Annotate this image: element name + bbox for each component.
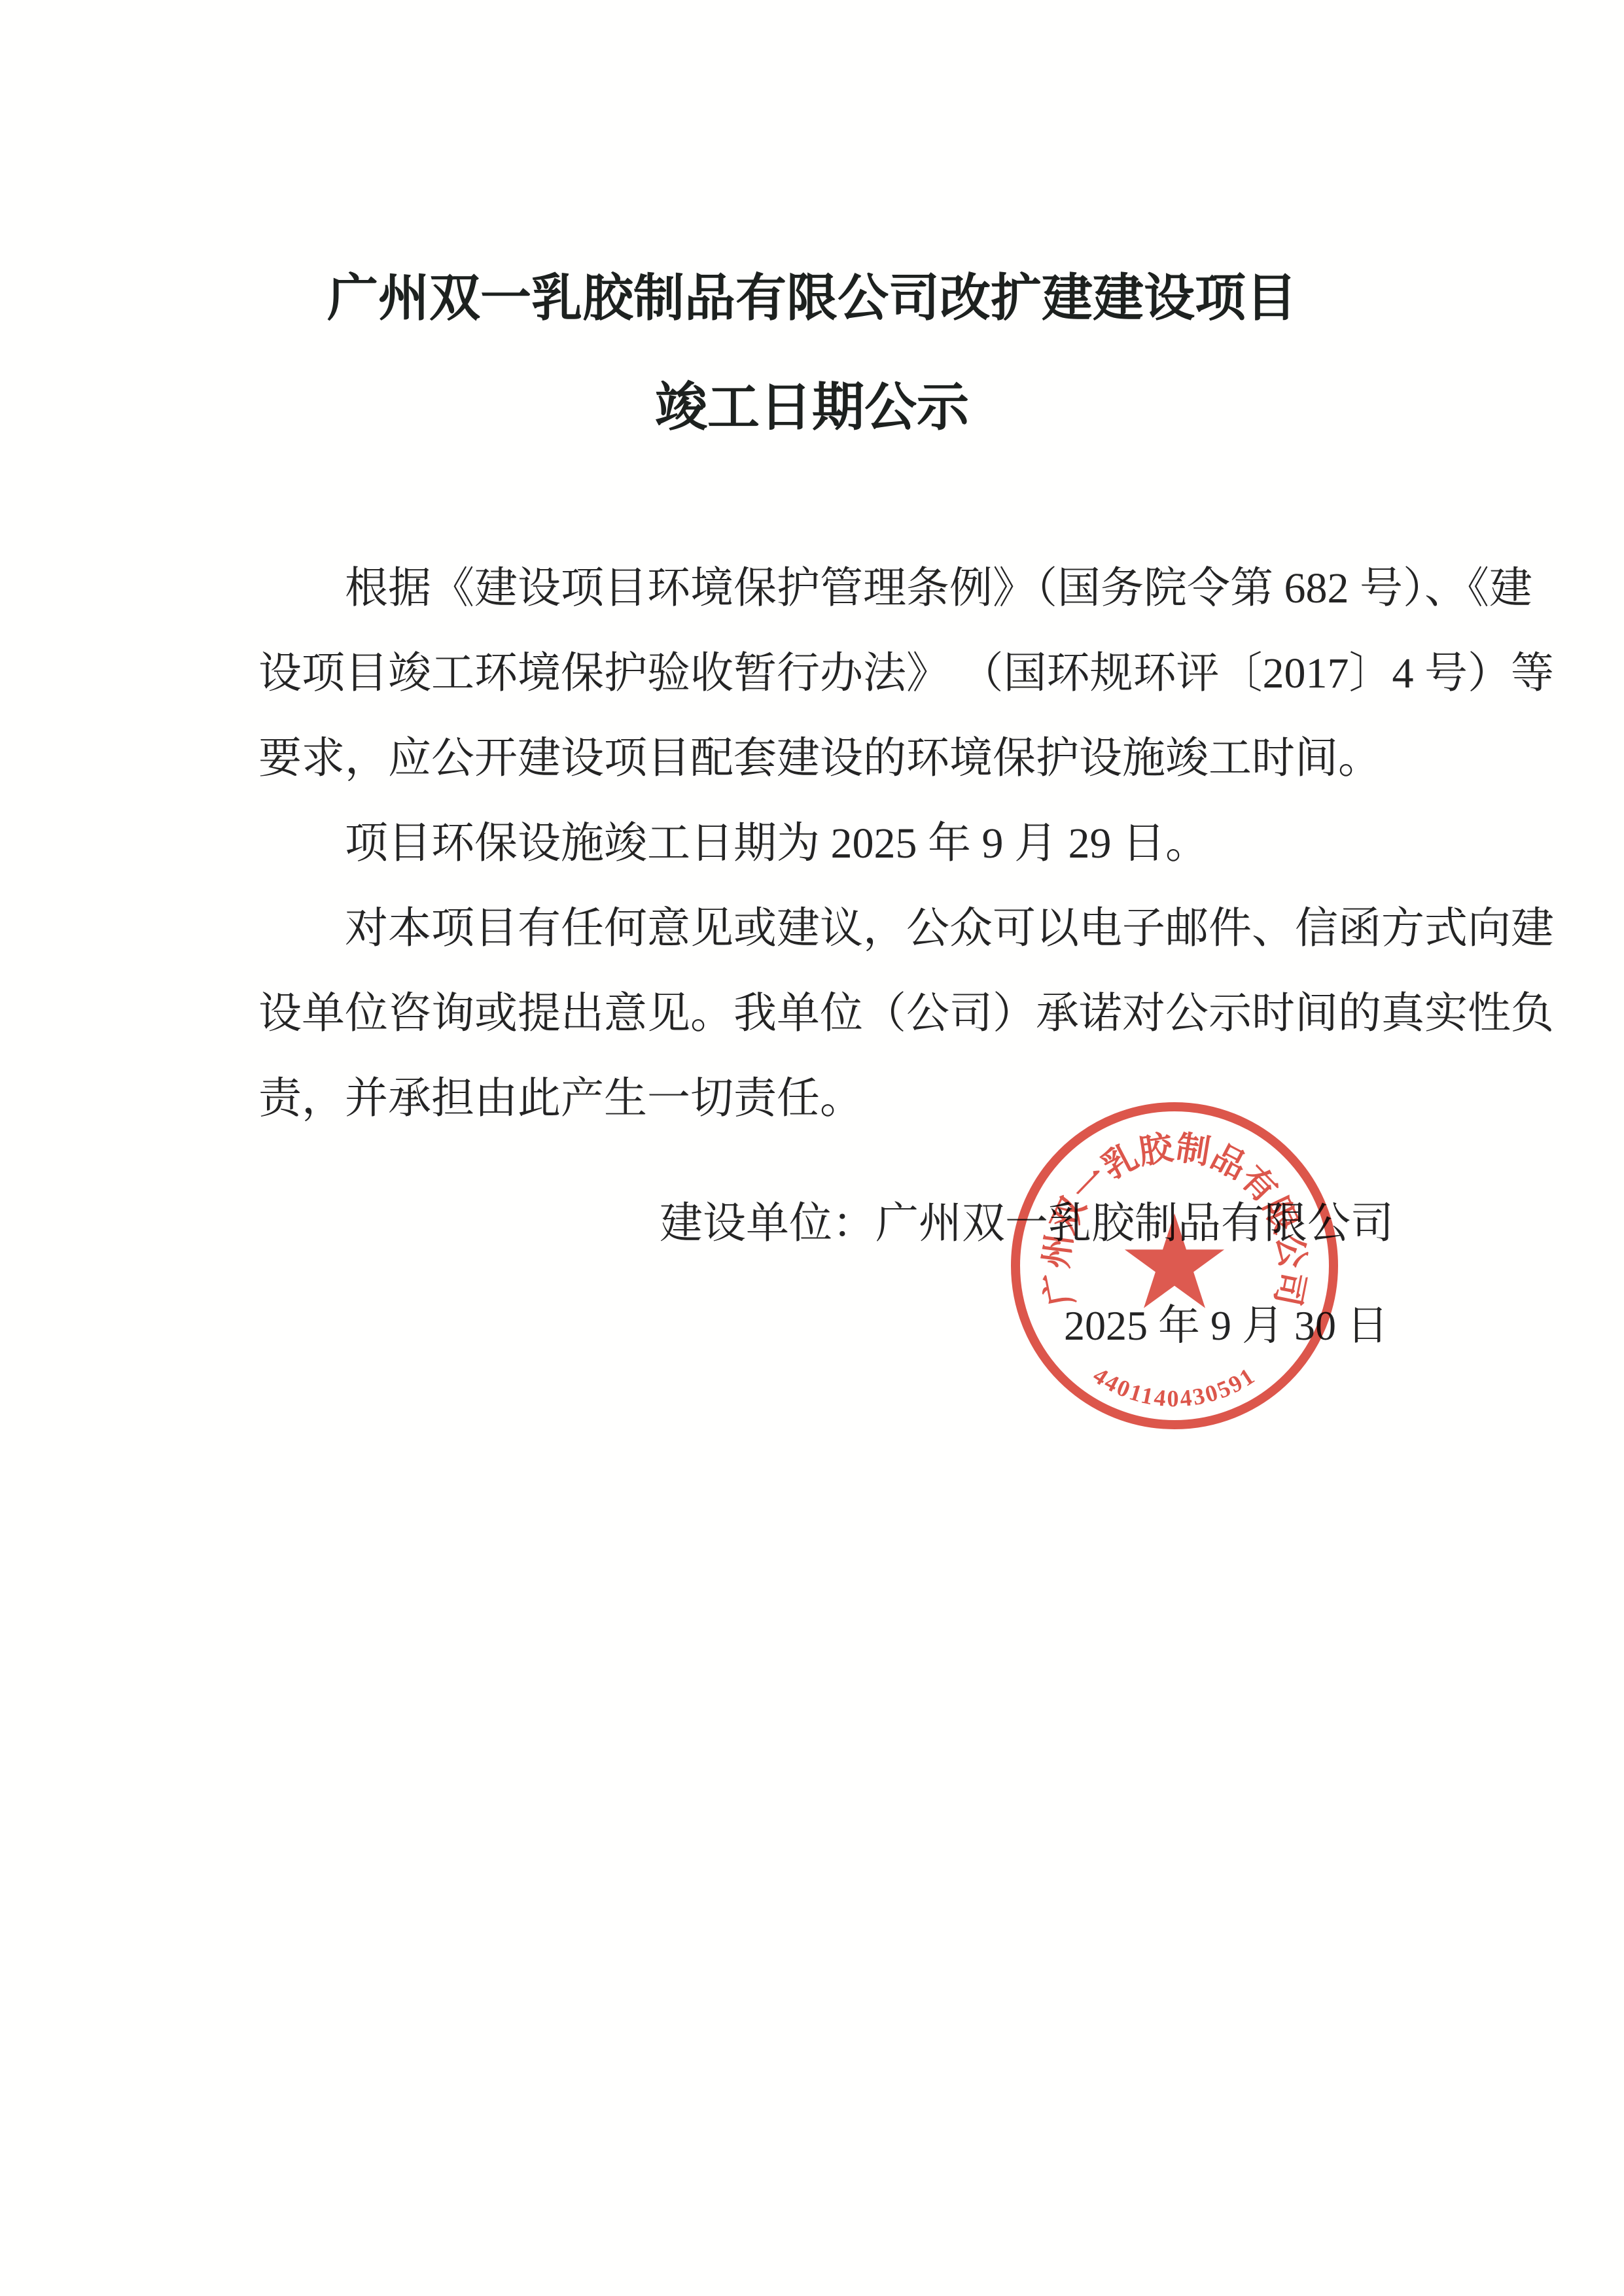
paragraph3-line2: 设单位咨询或提出意见。我单位（公司）承诺对公示时间的真实性负 — [258, 971, 1392, 1056]
paragraph1-line3: 要求，应公开建设项目配套建设的环境保护设施竣工时间。 — [258, 716, 1392, 801]
seal-code-number: 4401140430591 — [1089, 1362, 1261, 1412]
paragraph3-line3: 责，并承担由此产生一切责任。 — [258, 1056, 1392, 1141]
document-title-line2: 竣工日期公示 — [0, 372, 1624, 445]
notice-document-page: 广州双一乳胶制品有限公司改扩建建设项目 竣工日期公示 根据《建设项目环境保护管理… — [0, 0, 1624, 2296]
paragraph1-line1: 根据《建设项目环境保护管理条例》（国务院令第 682 号）、《建 — [258, 546, 1392, 631]
paragraph3-line1: 对本项目有任何意见或建议，公众可以电子邮件、信函方式向建 — [258, 886, 1392, 971]
paragraph2-line1: 项目环保设施竣工日期为 2025 年 9 月 29 日。 — [258, 801, 1392, 886]
document-body: 根据《建设项目环境保护管理条例》（国务院令第 682 号）、《建 设项目竣工环境… — [258, 546, 1392, 1141]
notice-date: 2025 年 9 月 30 日 — [1064, 1283, 1388, 1368]
document-title-line1: 广州双一乳胶制品有限公司改扩建建设项目 — [0, 262, 1624, 335]
paragraph1-line2: 设项目竣工环境保护验收暂行办法》 （国环规环评〔2017〕4 号）等 — [258, 631, 1392, 716]
construction-unit-signature: 建设单位：广州双一乳胶制品有限公司 — [660, 1181, 1394, 1266]
company-seal: 广州双一乳胶制品有限公司 4401140430591 — [1008, 1099, 1348, 1439]
